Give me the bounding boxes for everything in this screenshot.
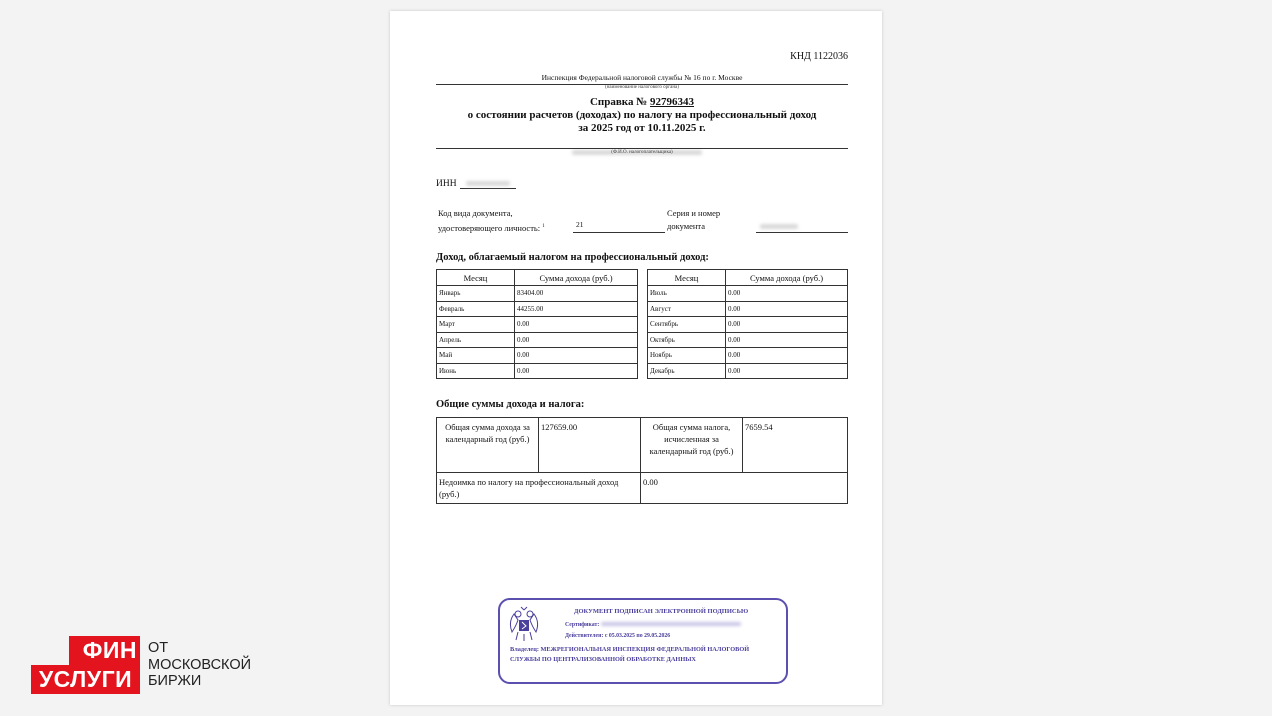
- totals-table: Общая сумма дохода за календарный год (р…: [436, 417, 848, 504]
- header-month: Месяц: [437, 270, 515, 286]
- certificate-number: 92796343: [650, 96, 694, 108]
- month-cell: Май: [437, 348, 515, 364]
- total-tax-value: 7659.54: [743, 418, 848, 473]
- month-cell: Март: [437, 317, 515, 333]
- income-row: Август0.00: [648, 301, 848, 317]
- income-row: Март0.00: [437, 317, 638, 333]
- logo-tagline-3: БИРЖИ: [148, 673, 251, 690]
- doc-code-label: Код вида документа, удостоверяющего личн…: [438, 207, 545, 235]
- month-cell: Январь: [437, 286, 515, 302]
- coat-of-arms-icon: [504, 604, 544, 644]
- doc-series-redacted: [760, 224, 798, 229]
- tax-office-name: Инспекция Федеральной налоговой службы №…: [436, 73, 848, 82]
- title-line-2: о состоянии расчетов (доходах) по налогу…: [436, 109, 848, 122]
- amount-cell: 0.00: [726, 332, 848, 348]
- income-row: Январь83404.00: [437, 286, 638, 302]
- total-income-label: Общая сумма дохода за календарный год (р…: [437, 418, 539, 473]
- totals-section-title: Общие суммы дохода и налога:: [436, 399, 584, 410]
- income-table-h2: МесяцСумма дохода (руб.) Июль0.00Август0…: [647, 269, 848, 379]
- title-line-3: за 2025 год от 10.11.2025 г.: [436, 122, 848, 135]
- month-cell: Июнь: [437, 363, 515, 379]
- header-amount: Сумма дохода (руб.): [515, 270, 638, 286]
- inn-label: ИНН: [436, 179, 457, 189]
- fio-caption: (Ф.И.О. налогоплательщика): [436, 150, 848, 155]
- amount-cell: 0.00: [726, 348, 848, 364]
- doc-code-value: 21: [573, 220, 584, 229]
- inn-redacted: [466, 181, 510, 186]
- footnote-marker: 1: [542, 224, 545, 229]
- amount-cell: 0.00: [515, 363, 638, 379]
- stamp-validity: Действителен: с 05.03.2025 по 29.05.2026: [565, 633, 670, 639]
- income-row: Апрель0.00: [437, 332, 638, 348]
- income-row: Октябрь0.00: [648, 332, 848, 348]
- stamp-certificate: Сертификат:: [565, 622, 741, 628]
- doc-series-label: Серия и номер документа: [667, 207, 720, 233]
- logo-red-line2: УСЛУГИ: [31, 665, 140, 694]
- doc-series-label-line1: Серия и номер: [667, 207, 720, 220]
- amount-cell: 0.00: [515, 348, 638, 364]
- doc-code-field: 21: [573, 220, 665, 233]
- knd-code: КНД 1122036: [790, 51, 848, 62]
- amount-cell: 44255.00: [515, 301, 638, 317]
- amount-cell: 0.00: [726, 363, 848, 379]
- income-row: Май0.00: [437, 348, 638, 364]
- doc-code-label-line2: удостоверяющего личность:: [438, 223, 540, 233]
- income-row: Июнь0.00: [437, 363, 638, 379]
- logo-fin: ФИН: [83, 637, 140, 663]
- total-tax-label: Общая сумма налога, исчисленная за кален…: [641, 418, 743, 473]
- income-row: Сентябрь0.00: [648, 317, 848, 333]
- title-prefix: Справка №: [590, 96, 650, 108]
- month-cell: Август: [648, 301, 726, 317]
- logo-tagline-2: МОСКОВСКОЙ: [148, 657, 251, 674]
- income-section-title: Доход, облагаемый налогом на профессиона…: [436, 252, 709, 263]
- document-page: КНД 1122036 Инспекция Федеральной налого…: [390, 11, 882, 705]
- month-cell: Ноябрь: [648, 348, 726, 364]
- doc-code-label-line1: Код вида документа,: [438, 207, 545, 220]
- income-row: Декабрь0.00: [648, 363, 848, 379]
- month-cell: Апрель: [437, 332, 515, 348]
- month-cell: Октябрь: [648, 332, 726, 348]
- divider: [436, 148, 848, 149]
- certificate-label: Сертификат:: [565, 622, 599, 628]
- stamp-header: ДОКУМЕНТ ПОДПИСАН ЭЛЕКТРОННОЙ ПОДПИСЬЮ: [574, 608, 748, 615]
- total-income-value: 127659.00: [539, 418, 641, 473]
- stamp-owner: Владелец: МЕЖРЕГИОНАЛЬНАЯ ИНСПЕКЦИЯ ФЕДЕ…: [510, 645, 780, 665]
- month-cell: Февраль: [437, 301, 515, 317]
- doc-series-field: [756, 220, 848, 233]
- month-cell: Июль: [648, 286, 726, 302]
- income-row: Ноябрь0.00: [648, 348, 848, 364]
- tax-office-caption: (наименование налогового органа): [436, 85, 848, 90]
- logo-tagline: ОТ МОСКОВСКОЙ БИРЖИ: [148, 640, 251, 690]
- income-row: Февраль44255.00: [437, 301, 638, 317]
- month-cell: Декабрь: [648, 363, 726, 379]
- income-row: Июль0.00: [648, 286, 848, 302]
- header-month: Месяц: [648, 270, 726, 286]
- amount-cell: 83404.00: [515, 286, 638, 302]
- doc-series-label-line2: документа: [667, 220, 720, 233]
- document-title: Справка № 92796343 о состоянии расчетов …: [436, 96, 848, 135]
- amount-cell: 0.00: [726, 286, 848, 302]
- logo-red-line1: ФИН: [69, 636, 140, 665]
- amount-cell: 0.00: [515, 332, 638, 348]
- arrears-value: 0.00: [641, 473, 848, 504]
- amount-cell: 0.00: [515, 317, 638, 333]
- amount-cell: 0.00: [726, 301, 848, 317]
- month-cell: Сентябрь: [648, 317, 726, 333]
- certificate-redacted: [601, 622, 741, 626]
- amount-cell: 0.00: [726, 317, 848, 333]
- e-signature-stamp: ДОКУМЕНТ ПОДПИСАН ЭЛЕКТРОННОЙ ПОДПИСЬЮ С…: [498, 598, 788, 684]
- logo-tagline-1: ОТ: [148, 640, 251, 657]
- header-amount: Сумма дохода (руб.): [726, 270, 848, 286]
- income-table-h1: МесяцСумма дохода (руб.) Январь83404.00Ф…: [436, 269, 638, 379]
- arrears-label: Недоимка по налогу на профессиональный д…: [437, 473, 641, 504]
- inn-field: ИНН: [436, 178, 516, 189]
